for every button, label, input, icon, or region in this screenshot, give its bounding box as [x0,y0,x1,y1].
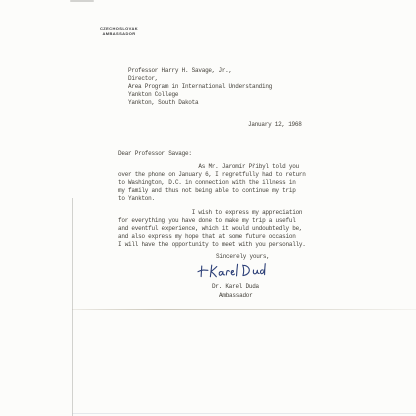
body-paragraph-2: I wish to express my appreciation for ev… [118,209,306,249]
paper-bottom-edge [72,413,416,414]
recipient-address: Professor Harry H. Savage, Jr., Director… [128,67,272,107]
letterhead: CZECHOSLOVAK AMBASSADOR [92,27,146,36]
letterhead-line2: AMBASSADOR [92,32,146,37]
handwritten-signature [196,260,269,284]
date-line: January 12, 1968 [248,121,302,129]
signature-ink [198,263,266,277]
body-paragraph-1: As Mr. Jaromír Přibyl told you over the … [118,163,306,203]
salutation: Dear Professor Savage: [118,150,192,158]
signer-title: Ambassador [219,292,253,300]
paper-fold-crease [72,309,416,310]
paper-edge-line [72,198,73,416]
scanned-letter-page: CZECHOSLOVAK AMBASSADOR Professor Harry … [0,0,416,416]
scan-artifact [70,0,94,2]
signer-name: Dr. Karel Duda [212,283,259,291]
